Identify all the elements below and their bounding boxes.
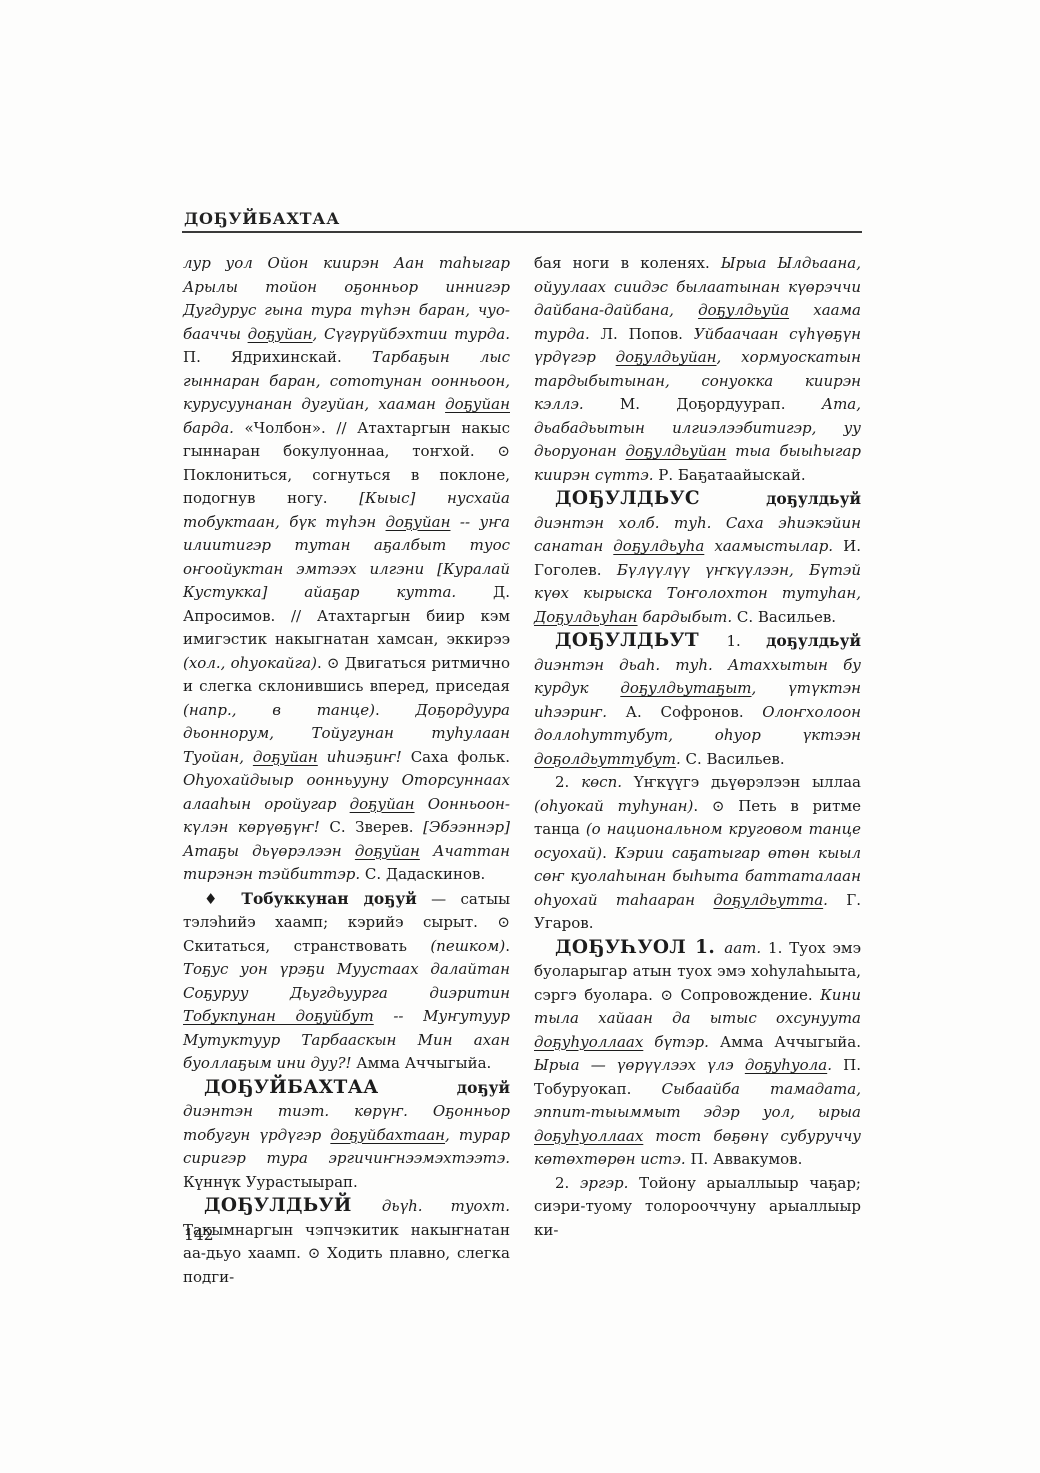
example-text: бардыбыт.: [638, 608, 733, 626]
text-run: М. Доҕордуурап.: [584, 395, 822, 413]
text-run: .: [505, 937, 510, 955]
text-run: С. Зверев.: [320, 818, 423, 836]
cited-form: доҕуйан: [355, 842, 420, 860]
text-run: 1.: [726, 632, 766, 650]
example-text: дьүһ. туохт.: [382, 1197, 510, 1215]
cited-form: доҕолдьуттубут: [534, 750, 676, 768]
text-run: Үҥкүүгэ дьүөрэлээн ыллаа: [622, 773, 861, 791]
text-run: Р. Баҕатаайыскай.: [654, 466, 806, 484]
cited-form: доҕуһуоллаах: [534, 1033, 643, 1051]
cited-form: доҕуһуола: [745, 1056, 827, 1074]
text-run: С. Васильев.: [681, 750, 785, 768]
cited-form: доҕулдьуйан: [616, 348, 717, 366]
cited-form: доҕуйбахтаан: [330, 1126, 445, 1144]
example-text: аат.: [724, 939, 761, 957]
example-text: иһиэҕиҥ!: [318, 748, 402, 766]
text-run: Күннүк Уурастыырап.: [183, 1173, 358, 1191]
text-run: 2.: [555, 773, 581, 791]
dictionary-paragraph: лур уол Ойон киирэн Аан таһыгар Арылы то…: [183, 252, 510, 887]
text-run: Саха фольк.: [402, 748, 510, 766]
example-text: , Сүгүрүйбэхтии турда.: [313, 325, 510, 343]
cited-form: Тобукпунан доҕуйбут: [183, 1007, 374, 1025]
cited-form: доҕулдьуйа: [698, 301, 789, 319]
dictionary-paragraph: ДОҔУЛДЬУЙ дьүһ. туохт. Такымнаргын чэпчэ…: [183, 1194, 510, 1289]
example-text: (оһуокай туһунан): [534, 797, 693, 815]
example-text: эргэр.: [580, 1174, 628, 1192]
text-run: Такымнаргын чэпчэкитик накыҥнатан аа-дьу…: [183, 1221, 510, 1286]
example-text: бүтэр.: [643, 1033, 709, 1051]
right-column: бая ноги в коленях. Ырыа Ылдьаана, ойуул…: [534, 252, 861, 1242]
example-text: (напр., в танце): [183, 701, 375, 719]
headword: ДОҔУЙБАХТАА: [204, 1077, 457, 1098]
text-run: .: [602, 844, 615, 862]
headword: ДОҔУЛДЬУС: [555, 488, 766, 509]
bold-form: доҕуй: [457, 1078, 510, 1097]
example-text: хаамыстылар.: [704, 537, 833, 555]
page-number: 142: [184, 1226, 214, 1244]
dictionary-page: ДОҔУЙБАХТАА лур уол Ойон киирэн Аан таһы…: [0, 0, 1040, 1473]
example-text: Тоҕус уон үрэҕи Муустаах далайтан Соҕуру…: [183, 960, 510, 1002]
text-run: Л. Попов.: [590, 325, 694, 343]
running-head: ДОҔУЙБАХТАА: [184, 209, 340, 228]
cited-form: доҕуйан: [386, 513, 451, 531]
headword: ДОҔУЛДЬУЙ: [204, 1195, 382, 1216]
cited-form: доҕуйан: [445, 395, 510, 413]
cited-form: доҕуйан: [350, 795, 415, 813]
left-column: лур уол Ойон киирэн Аан таһыгар Арылы то…: [183, 252, 510, 1289]
cited-form: Доҕулдьуһан: [534, 608, 638, 626]
text-run: С. Дадаскинов.: [360, 865, 485, 883]
bold-form: Тобуккунан доҕуй: [241, 889, 416, 908]
header-rule: [182, 231, 862, 233]
dictionary-paragraph: 2. эргэр. Тойону арыаллыыр чаҕар; сиэри-…: [534, 1172, 861, 1243]
dictionary-paragraph: ДОҔУЙБАХТАА доҕуй диэнтэн тиэт. көрүҥ. О…: [183, 1076, 510, 1195]
dictionary-paragraph: 2. көсп. Үҥкүүгэ дьүөрэлээн ыллаа (оһуок…: [534, 771, 861, 936]
dictionary-paragraph: бая ноги в коленях. Ырыа Ылдьаана, ойуул…: [534, 252, 861, 487]
cited-form: доҕуйан: [253, 748, 318, 766]
example-text: барда.: [183, 419, 234, 437]
text-run: Амма Аччыгыйа.: [352, 1054, 492, 1072]
dictionary-paragraph: ♦ Тобуккунан доҕуй — сатыы тэлэһийэ хаам…: [183, 887, 510, 1076]
example-text: Ырыа — үөрүүлээх үлэ: [534, 1056, 745, 1074]
text-run: ♦: [204, 890, 241, 908]
text-run: 2.: [555, 1174, 580, 1192]
cited-form: доҕуйан: [248, 325, 313, 343]
text-run: Амма Аччыгыйа.: [709, 1033, 861, 1051]
cited-form: доҕулдьутаҕыт: [620, 679, 751, 697]
example-text: көсп.: [581, 773, 622, 791]
cited-form: доҕуһуоллаах: [534, 1127, 643, 1145]
headword: ДОҔУҺУОЛ 1.: [555, 937, 724, 958]
bold-form: доҕулдьуй: [766, 631, 861, 650]
bold-form: доҕулдьуй: [766, 489, 861, 508]
text-run: П. Аввакумов.: [686, 1150, 803, 1168]
dictionary-paragraph: ДОҔУҺУОЛ 1. аат. 1. Туох эмэ буоларыгар …: [534, 936, 861, 1172]
dictionary-paragraph: ДОҔУЛДЬУС доҕулдьуй диэнтэн холб. туһ. С…: [534, 487, 861, 629]
example-text: (пешком): [430, 937, 505, 955]
text-run: бая ноги в коленях.: [534, 254, 721, 272]
text-run: П. Ядрихинскай.: [183, 348, 372, 366]
cited-form: доҕулдьуйан: [626, 442, 727, 460]
dictionary-paragraph: ДОҔУЛДЬУТ 1. доҕулдьуй диэнтэн дьаһ. туһ…: [534, 629, 861, 771]
headword: ДОҔУЛДЬУТ: [555, 630, 726, 651]
text-run: С. Васильев.: [732, 608, 836, 626]
text-run: А. Софронов.: [607, 703, 762, 721]
text-run: .: [375, 701, 416, 719]
example-text: (хол., оһуокайга): [183, 654, 317, 672]
cited-form: доҕулдьутта: [713, 891, 823, 909]
cited-form: доҕулдьуһа: [613, 537, 704, 555]
